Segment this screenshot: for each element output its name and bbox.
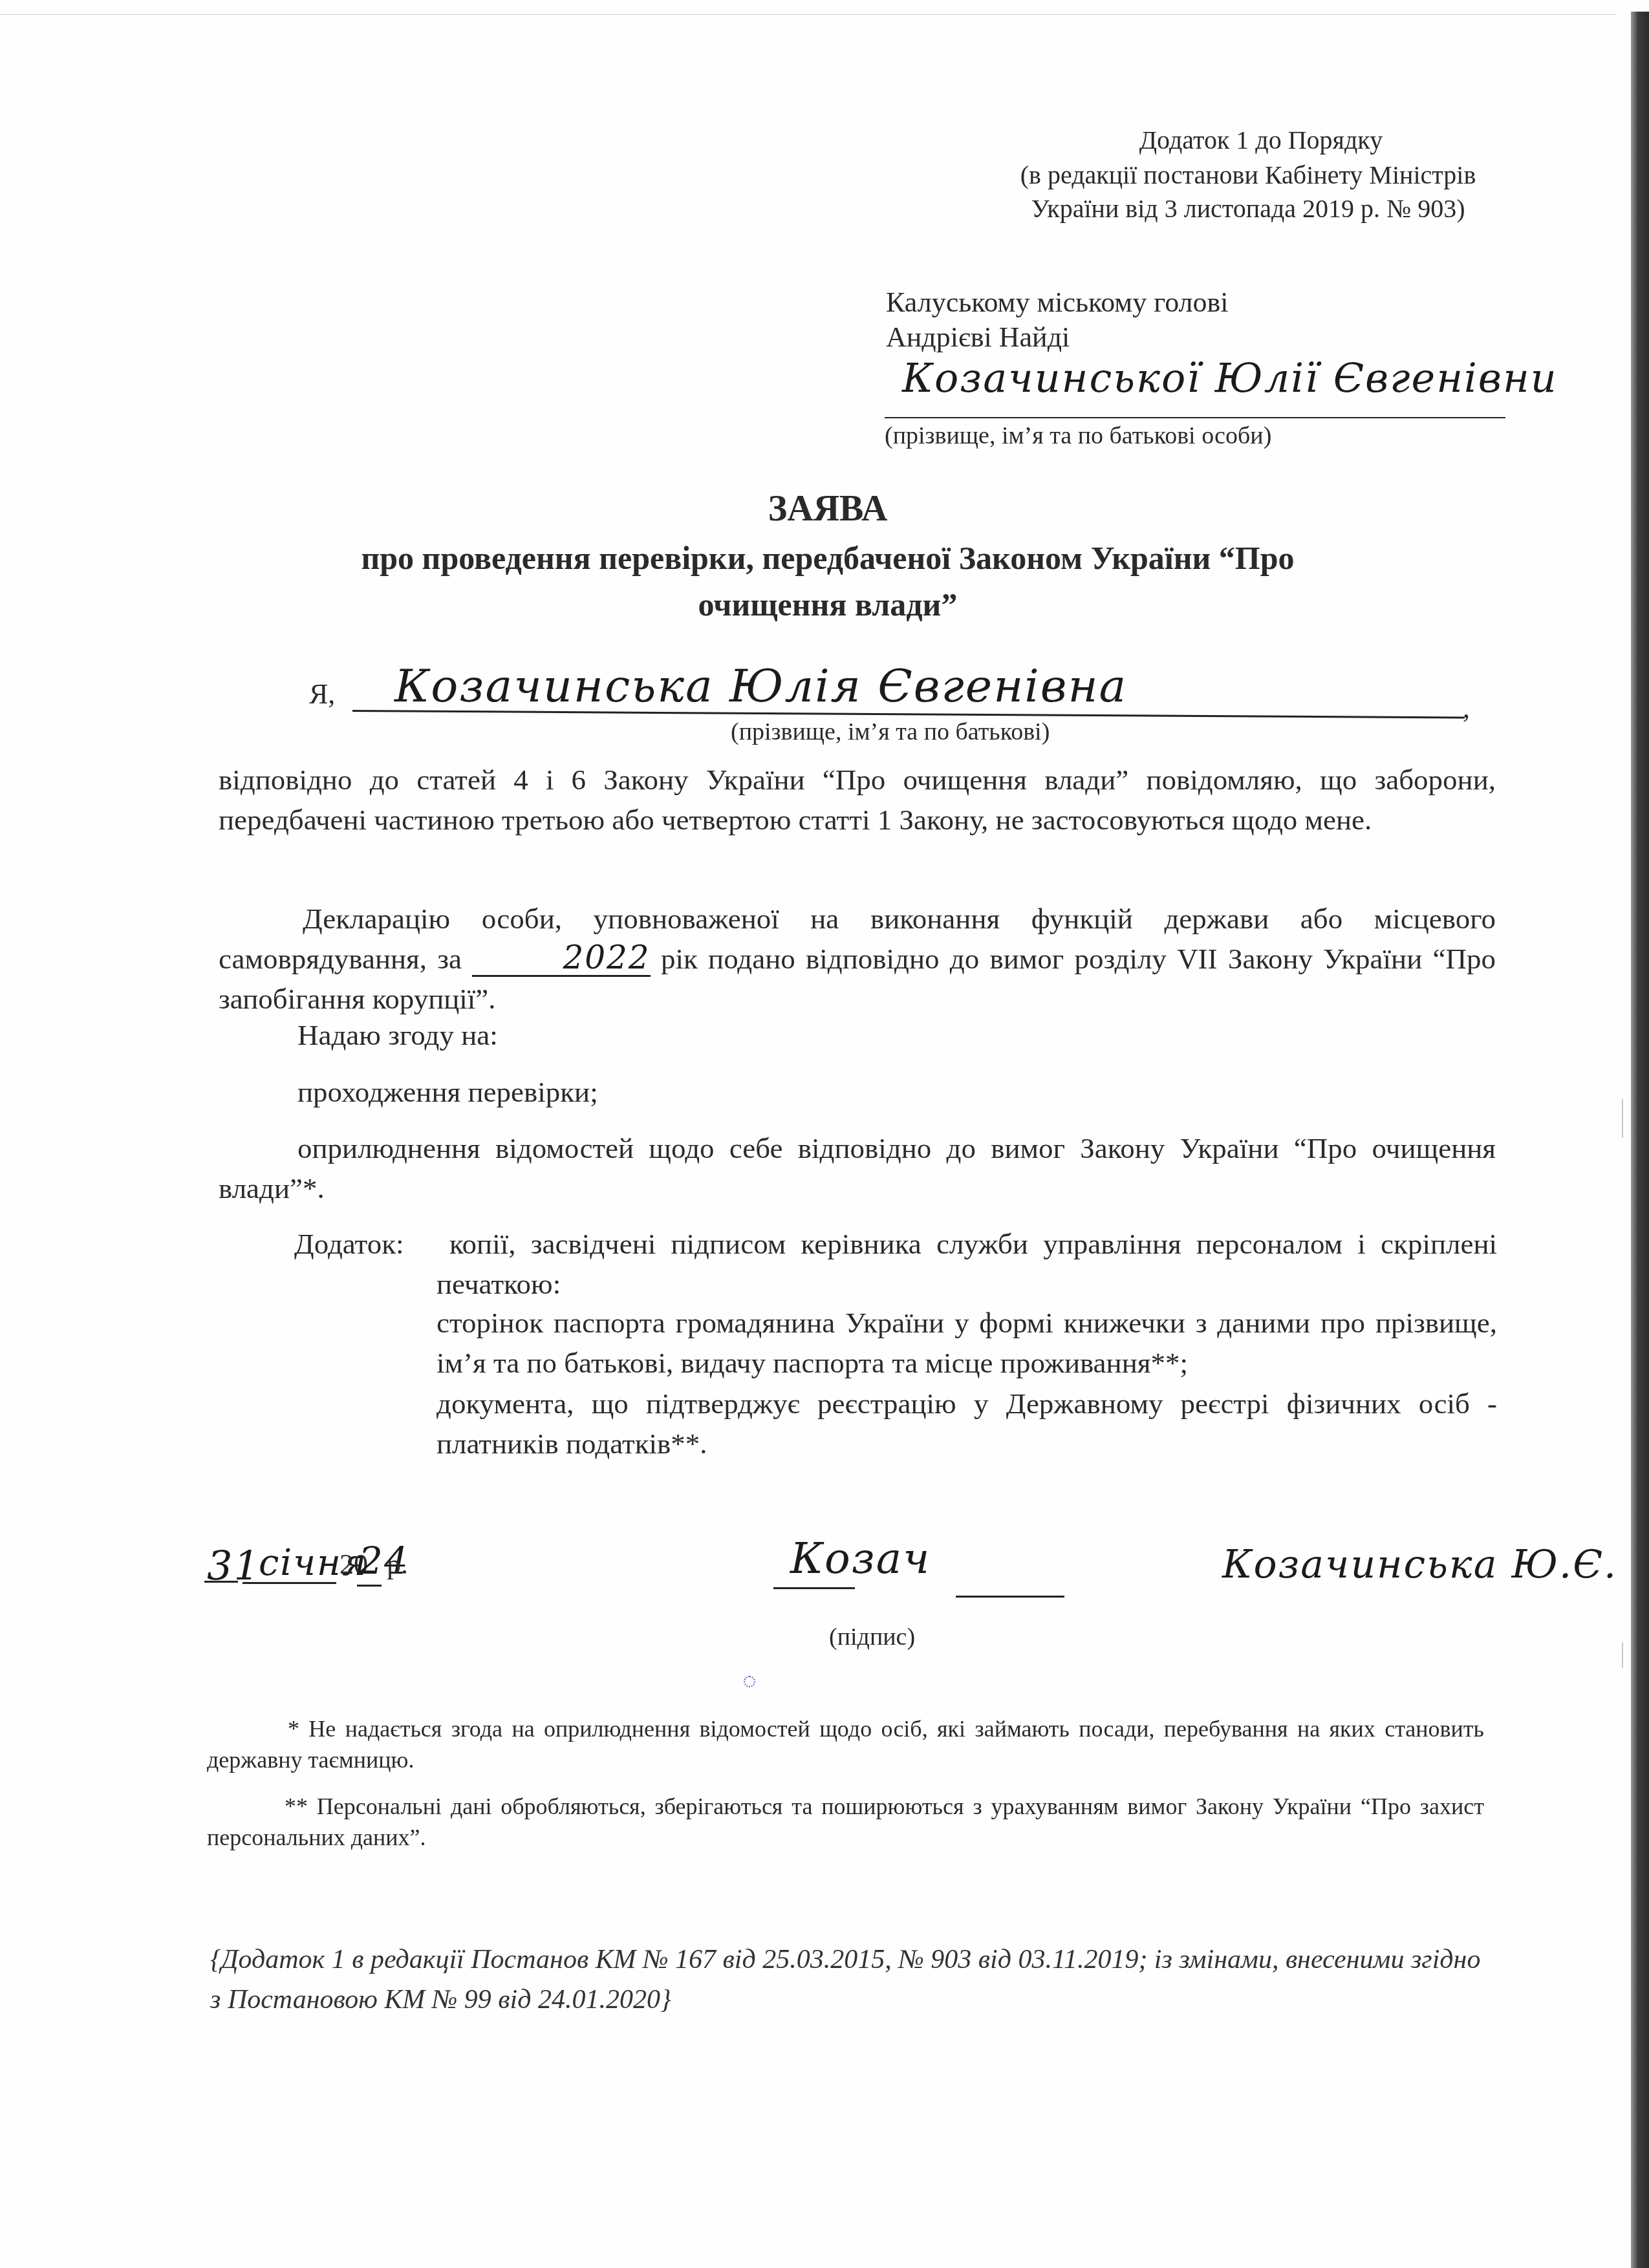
applicant-caption: (прізвище, ім’я та по батькові) — [731, 718, 1050, 746]
document-page: Додаток 1 до Порядку (в редакції постано… — [0, 0, 1649, 2268]
date-month-underline — [242, 1582, 336, 1584]
signature: Козач — [790, 1534, 931, 1583]
title-subtitle-line2: очищення влади” — [149, 582, 1507, 627]
footnote-2: ** Персональні дані обробляються, зберіг… — [207, 1791, 1484, 1853]
header-note-line1: Додаток 1 до Порядку — [1009, 123, 1513, 158]
paragraph-statement: відповідно до статей 4 і 6 Закону Україн… — [219, 760, 1496, 840]
signatory-underline — [956, 1596, 1064, 1598]
addressee-handwritten-name: Козачинської Юлії Євгенівни — [902, 354, 1558, 401]
attachment-label: Додаток: — [294, 1224, 404, 1264]
title-main: ЗАЯВА — [149, 486, 1507, 531]
stamp-mark — [744, 1676, 755, 1687]
applicant-handwritten-name: Козачинська Юлія Євгенівна — [394, 659, 1127, 712]
attachment-item-tax-id: документа, що підтверджує реєстрацію у Д… — [436, 1384, 1497, 1464]
title-subtitle-line1: про проведення перевірки, передбаченої З… — [149, 535, 1507, 581]
addressee-line1: Калуському міському голові — [886, 283, 1229, 322]
addressee-caption: (прізвище, ім’я та по батькові особи) — [885, 422, 1271, 450]
signatory-name-handwritten: Козачинська Ю.Є. — [1222, 1542, 1617, 1587]
header-note-line2: (в редакції постанови Кабінету Міністрів — [996, 158, 1500, 193]
attachment-intro: копії, засвідчені підписом керівника слу… — [436, 1224, 1497, 1304]
signature-underline — [773, 1587, 855, 1589]
applicant-suffix: , — [1463, 692, 1470, 725]
scan-mark — [1622, 1099, 1623, 1138]
consent-intro: Надаю згоду на: — [297, 1015, 498, 1055]
paragraph-declaration: Декларацію особи, уповноваженої на викон… — [219, 899, 1496, 1019]
date-year-unit: р. — [387, 1548, 408, 1581]
addressee-underline — [885, 417, 1505, 418]
scan-mark — [1622, 1642, 1623, 1668]
applicant-prefix: Я, — [309, 678, 335, 711]
date-day-underline — [204, 1581, 238, 1583]
scan-right-edge — [1631, 12, 1649, 2268]
addressee-line2: Андрієві Найді — [886, 318, 1070, 357]
editorial-note: {Додаток 1 в редакції Постанов КМ № 167 … — [210, 1940, 1491, 2020]
header-note-line3: України від 3 листопада 2019 р. № 903) — [996, 191, 1500, 226]
signature-caption: (підпис) — [829, 1623, 915, 1651]
declaration-year: 2022 — [472, 940, 650, 977]
consent-item-publication: оприлюднення відомостей щодо себе відпов… — [219, 1128, 1496, 1208]
date-year-underline — [357, 1585, 382, 1587]
consent-item-verification: проходження перевірки; — [297, 1072, 598, 1112]
attachment-item-passport: сторінок паспорта громадянина України у … — [436, 1303, 1497, 1383]
scan-top-edge — [0, 14, 1617, 15]
footnote-1: * Не надається згода на оприлюднення від… — [207, 1713, 1484, 1775]
